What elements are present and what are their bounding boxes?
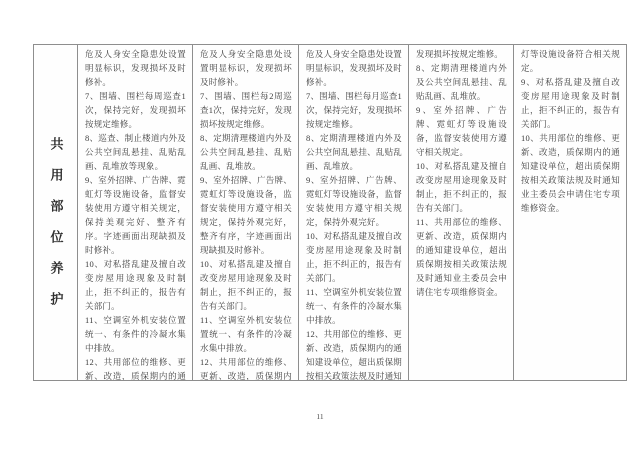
cell-paragraph: 11、空调室外机安装位置统一、有条件的冷凝水集中排放。 [85, 313, 186, 355]
cell-paragraph: 10、共用部位的维修、更新、改造，质保期内的通知建设单位，超出质保期按相关政策法… [521, 131, 620, 215]
standard-column-5-cell: 灯等设施设备符合相关规定。9、对私搭乱建及擅自改变房屋用途现象及时制止，拒不纠正… [514, 45, 626, 380]
cell-paragraph: 12、共用部位的维修、更新、改造，质保期内的通知建设单位，超出质保期按相关政策法… [306, 327, 402, 380]
cell-paragraph: 7、围墙、围栏每月巡查1次，保持完好，发现损坏按规定维修。 [306, 89, 402, 131]
cell-paragraph: 10、对私搭乱建及擅自改变房屋用途现象及时制止，拒不纠正的，报告有关部门。 [306, 229, 402, 285]
cell-paragraph: 危及人身安全隐患处设置明显标识，发现损坏及时修补。 [200, 47, 292, 89]
standard-column-2-cell: 危及人身安全隐患处设置明显标识，发现损坏及时修补。7、围墙、围栏每2周巡查1次，… [193, 45, 299, 380]
cell-paragraph: 10、对私搭乱建及擅自改变房屋用途现象及时制止，拒不纠正的，报告有关部门。 [85, 257, 186, 313]
cell-paragraph: 12、共用部位的维修、更新、改造，质保期内的通知建设单位，超出质保期按相关政策法… [200, 355, 292, 380]
cell-paragraph: 8、定期清理楼道内外及公共空间乱悬挂、乱贴乱画、乱堆放。 [416, 61, 507, 103]
cell-paragraph: 9、室外招牌、广告牌、霓虹灯等设施设备，监督安装使用方遵守相关规定，保持外观完好… [306, 173, 402, 229]
cell-paragraph: 9、室外招牌、广告牌、霓虹灯等设施设备，监督安装使用方遵守相关规定，保持外观完好… [200, 173, 292, 257]
cell-paragraph: 10、对私搭乱建及擅自改变房屋用途现象及时制止，拒不纠正的，报告有关部门。 [416, 159, 507, 215]
cell-paragraph: 11、空调室外机安装位置统一、有条件的冷凝水集中排放。 [306, 285, 402, 327]
row-header-cell: 共用部位养护 [34, 45, 78, 380]
cell-paragraph: 危及人身安全隐患处设置明显标识，发现损坏及时修补。 [85, 47, 186, 89]
cell-paragraph: 9、室外招牌、广告牌、霓虹灯等设施设备，监督安装使用方遵守相关规定。 [416, 103, 507, 159]
standard-column-3-cell: 危及人身安全隐患处设置明显标识，发现损坏及时修补。7、围墙、围栏每月巡查1次，保… [299, 45, 409, 380]
cell-paragraph: 8、巡查、制止楼道内外及公共空间乱悬挂、乱贴乱画、乱堆放等现象。 [85, 131, 186, 173]
standard-column-1-cell: 危及人身安全隐患处设置明显标识，发现损坏及时修补。7、围墙、围栏每周巡查1次，保… [78, 45, 193, 380]
cell-paragraph: 11、空调室外机安装位置统一、有条件的冷凝水集中排放。 [200, 313, 292, 355]
cell-paragraph: 7、围墙、围栏每周巡查1次，保持完好，发现损坏按规定维修。 [85, 89, 186, 131]
standard-column-4-cell: 发现损坏按规定维修。8、定期清理楼道内外及公共空间乱悬挂、乱贴乱画、乱堆放。9、… [409, 45, 514, 380]
cell-paragraph: 9、对私搭乱建及擅自改变房屋用途现象及时制止，拒不纠正的，报告有关部门。 [521, 75, 620, 131]
row-header-label: 共用部位养护 [49, 137, 63, 323]
cell-paragraph: 8、定期清理楼道内外及公共空间乱悬挂、乱贴乱画、乱堆放。 [200, 131, 292, 173]
cell-paragraph: 危及人身安全隐患处设置明显标识，发现损坏及时修补。 [306, 47, 402, 89]
cell-paragraph: 灯等设施设备符合相关规定。 [521, 47, 620, 75]
cell-paragraph: 7、围墙、围栏每2周巡查1次，保持完好，发现损坏按规定维修。 [200, 89, 292, 131]
cell-paragraph: 11、共用部位的维修、更新、改造，质保期内的通知建设单位，超出质保期按相关政策法… [416, 215, 507, 299]
page-number: 11 [0, 412, 640, 421]
maintenance-standards-table: 共用部位养护 危及人身安全隐患处设置明显标识，发现损坏及时修补。7、围墙、围栏每… [33, 44, 627, 381]
cell-paragraph: 发现损坏按规定维修。 [416, 47, 507, 61]
cell-paragraph: 12、共用部位的维修、更新、改造，质保期内的通知建设单位，超出质保期按相关政策法… [85, 355, 186, 380]
cell-paragraph: 10、对私搭乱建及擅自改变房屋用途现象及时制止，拒不纠正的，报告有关部门。 [200, 257, 292, 313]
cell-paragraph: 9、室外招牌、广告牌、霓虹灯等设施设备，监督安装使用方遵守相关规定，保持美观完好… [85, 173, 186, 257]
cell-paragraph: 8、定期清理楼道内外及公共空间乱悬挂、乱贴乱画、乱堆放。 [306, 131, 402, 173]
